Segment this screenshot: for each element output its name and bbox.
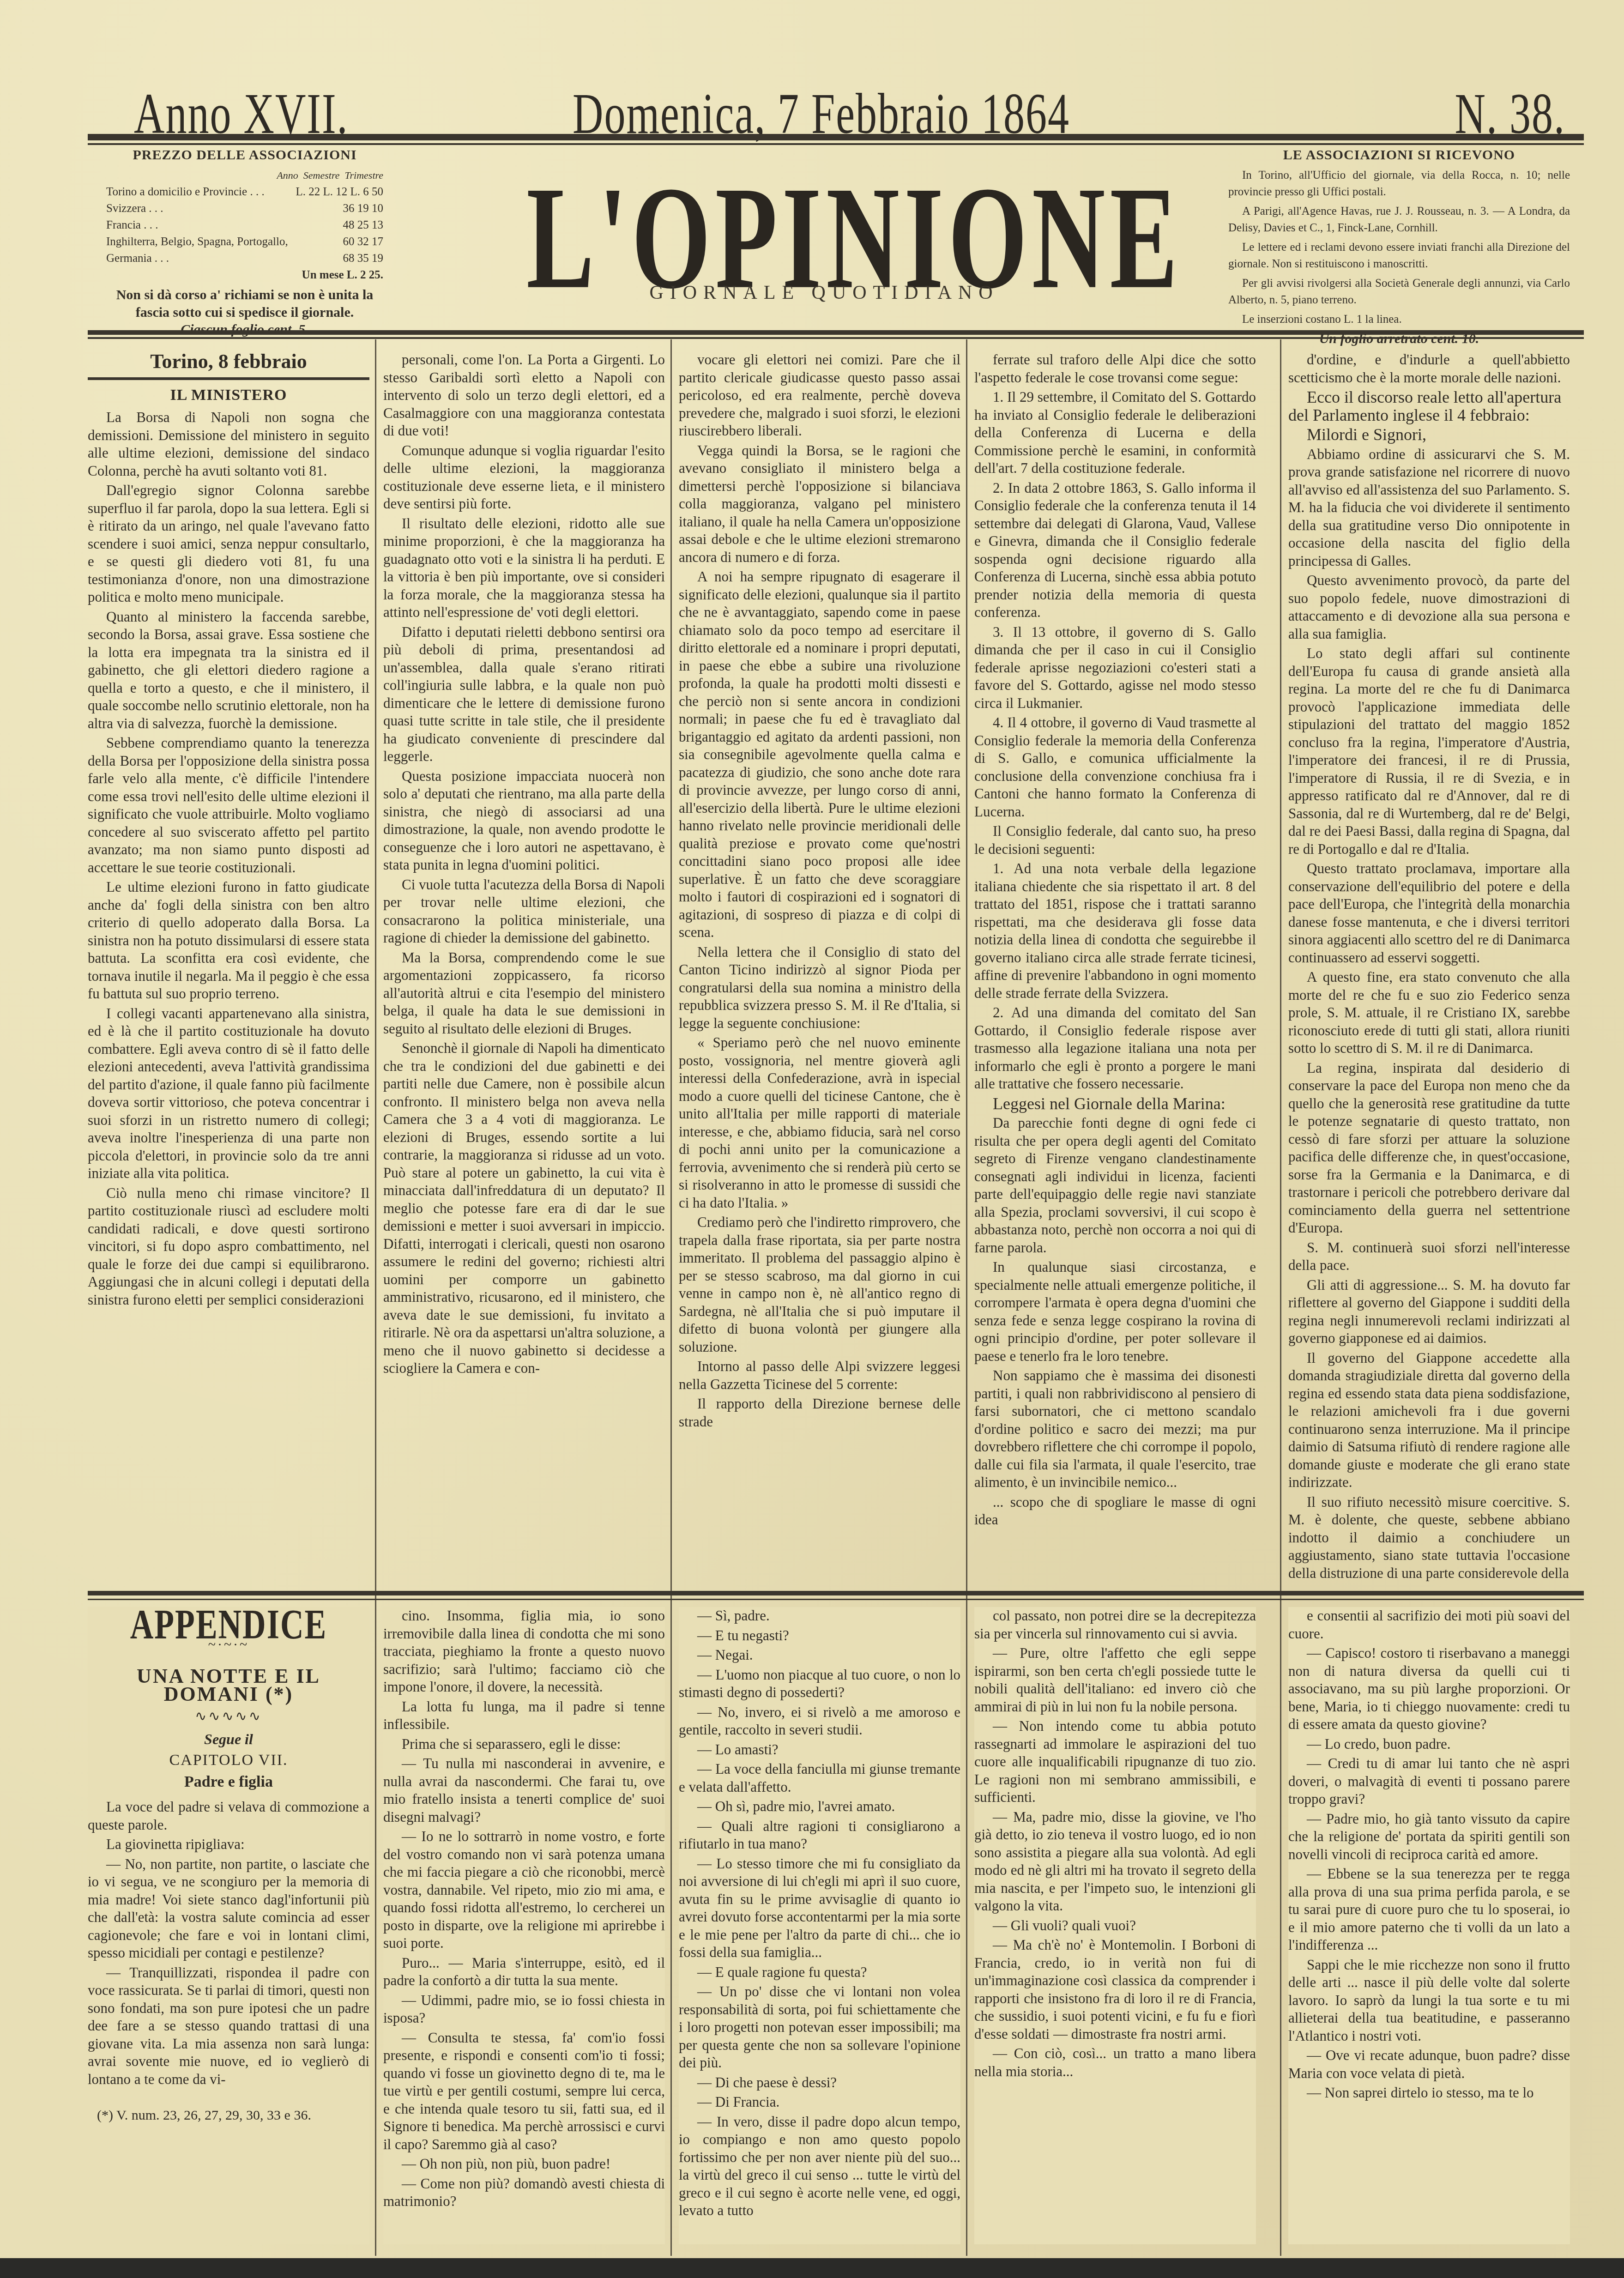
price-column-headers: Anno Semestre Trimestre bbox=[106, 167, 383, 184]
paragraph: e consentii al sacrifizio dei moti più s… bbox=[1288, 1607, 1570, 1643]
paragraph: — L'uomo non piacque al tuo cuore, o non… bbox=[679, 1666, 960, 1702]
paragraph: Le ultime elezioni furono in fatto giudi… bbox=[88, 878, 369, 1003]
paragraph: — Di che paese è dessi? bbox=[679, 2074, 960, 2092]
claims-notice: Non si dà corso a' richiami se non è uni… bbox=[106, 286, 383, 321]
paragraph: Gli atti di aggressione... S. M. ha dovu… bbox=[1288, 1276, 1570, 1347]
article-body: ferrate sul traforo delle Alpi dice che … bbox=[974, 351, 1256, 1529]
paragraph: — Io ne lo sottrarrò in nome vostro, e f… bbox=[383, 1828, 665, 1952]
appendix-body: cino. Insomma, figlia mia, io sono irrem… bbox=[383, 1607, 665, 2211]
story-title: UNA NOTTE E IL DOMANI (*) bbox=[88, 1668, 369, 1703]
paragraph: — Come non più? domandò avesti chiesta d… bbox=[383, 2175, 665, 2211]
paragraph: Questo trattato proclamava, importare al… bbox=[1288, 860, 1570, 967]
chapter-title: Padre e figlia bbox=[88, 1773, 369, 1791]
paragraph: Da parecchie fonti degne di ogni fede ci… bbox=[974, 1114, 1256, 1257]
price-row: Inghilterra, Belgio, Spagna, Portogallo,… bbox=[106, 234, 383, 250]
column-1: Torino, 8 febbraio IL MINISTERO La Borsa… bbox=[88, 351, 369, 1589]
appendix-body: e consentii al sacrifizio dei moti più s… bbox=[1288, 1607, 1570, 2102]
appendix-heading: APPENDICE bbox=[88, 1613, 369, 1637]
office-info: Le lettere ed i reclami devono essere in… bbox=[1228, 239, 1570, 272]
appendix-column-2: cino. Insomma, figlia mia, io sono irrem… bbox=[383, 1607, 665, 2244]
paragraph: Il governo del Giappone accedette alla d… bbox=[1288, 1349, 1570, 1492]
paragraph: Difatto i deputati rieletti debbono sent… bbox=[383, 623, 665, 766]
paragraph: — Oh non più, non più, buon padre! bbox=[383, 2155, 665, 2173]
paragraph: Lo stato degli affari sul continente del… bbox=[1288, 645, 1570, 858]
article-body: personali, come l'on. La Porta a Girgent… bbox=[383, 351, 665, 1378]
paragraph: — Ebbene se la sua tenerezza per te regg… bbox=[1288, 1865, 1570, 1954]
column-3: vocare gli elettori nei comizi. Pare che… bbox=[679, 351, 960, 1589]
paragraph: 2. Ad una dimanda del comitato del San G… bbox=[974, 1004, 1256, 1093]
appendix-rule-thin bbox=[88, 1599, 1584, 1600]
appendix-body: La voce del padre si velava di commozion… bbox=[88, 1798, 369, 2088]
paragraph: Puro... — Maria s'interruppe, esitò, ed … bbox=[383, 1954, 665, 1990]
appendix-body: — Sì, padre.— E tu negasti?— Negai.— L'u… bbox=[679, 1607, 960, 2220]
paragraph: — Padre mio, ho già tanto vissuto da cap… bbox=[1288, 1810, 1570, 1864]
chapter-number: CAPITOLO VII. bbox=[88, 1752, 369, 1770]
article-body: La Borsa di Napoli non sogna che demissi… bbox=[88, 409, 369, 1309]
office-info: In Torino, all'Ufficio del giornale, via… bbox=[1228, 167, 1570, 200]
column-5: d'ordine, e d'indurle a quell'abbietto s… bbox=[1288, 351, 1570, 1589]
paragraph: Sappi che le mie ricchezze non sono il f… bbox=[1288, 1956, 1570, 2045]
masthead-rule-thin bbox=[88, 143, 1584, 145]
masthead-rule bbox=[88, 134, 1584, 140]
paragraph: 4. Il 4 ottobre, il governo di Vaud tras… bbox=[974, 714, 1256, 821]
paragraph: Il suo rifiuto necessitò misure coerciti… bbox=[1288, 1493, 1570, 1583]
paragraph: — Ma ch'è no' è Montemolin. I Borboni di… bbox=[974, 1936, 1256, 2043]
paragraph: — Quali altre ragioni ti consigliarono a… bbox=[679, 1818, 960, 1853]
column-2: personali, come l'on. La Porta a Girgent… bbox=[383, 351, 665, 1589]
paragraph: Ecco il discorso reale letto all'apertur… bbox=[1288, 388, 1570, 424]
paragraph: Non sappiamo che è massima dei disonesti… bbox=[974, 1367, 1256, 1492]
appendix-column-1: APPENDICE ~·~·~ UNA NOTTE E IL DOMANI (*… bbox=[88, 1607, 369, 2244]
single-copy-price: Ciascun foglio cent. 5. bbox=[106, 321, 383, 338]
divider bbox=[88, 377, 369, 380]
appendix-column-3: — Sì, padre.— E tu negasti?— Negai.— L'u… bbox=[679, 1607, 960, 2244]
paragraph: — Di Francia. bbox=[679, 2093, 960, 2111]
masthead-line: Anno XVII. Domenica, 7 Febbraio 1864 N. … bbox=[134, 81, 1565, 136]
paragraph: Senonchè il giornale di Napoli ha diment… bbox=[383, 1039, 665, 1378]
subscription-prices-heading: PREZZO DELLE ASSOCIAZIONI bbox=[106, 147, 383, 163]
article-body: d'ordine, e d'indurle a quell'abbietto s… bbox=[1288, 351, 1570, 1582]
newspaper-page: Anno XVII. Domenica, 7 Febbraio 1864 N. … bbox=[0, 0, 1624, 2258]
paragraph: — E tu negasti? bbox=[679, 1627, 960, 1645]
paragraph: Vegga quindi la Borsa, se le ragioni che… bbox=[679, 442, 960, 567]
paragraph: Quanto al ministero la faccenda sarebbe,… bbox=[88, 608, 369, 733]
paragraph: — Tranquillizzati, rispondea il padre co… bbox=[88, 1964, 369, 2089]
footnote: (*) V. num. 23, 26, 27, 29, 30, 33 e 36. bbox=[88, 2107, 369, 2125]
price-row: Francia . . .48 25 13 bbox=[106, 217, 383, 234]
paragraph: — Non intendo come tu abbia potuto rasse… bbox=[974, 1717, 1256, 1807]
segue-label: Segue il bbox=[88, 1730, 369, 1748]
paragraph: Comunque adunque si voglia riguardar l'e… bbox=[383, 442, 665, 513]
paragraph: 3. Il 13 ottobre, il governo di S. Gallo… bbox=[974, 623, 1256, 713]
appendix-body: col passato, non potrei dire se la decre… bbox=[974, 1607, 1256, 2080]
paragraph: La Borsa di Napoli non sogna che demissi… bbox=[88, 409, 369, 480]
paragraph: A noi ha sempre ripugnato di esagerare i… bbox=[679, 568, 960, 942]
paragraph: Abbiamo ordine di assicurarvi che S. M. … bbox=[1288, 446, 1570, 570]
paragraph: La regina, inspirata dal desiderio di co… bbox=[1288, 1059, 1570, 1237]
paragraph: cino. Insomma, figlia mia, io sono irrem… bbox=[383, 1607, 665, 1696]
appendix-column-4: col passato, non potrei dire se la decre… bbox=[974, 1607, 1256, 2244]
paragraph: — No, invero, ei si rivelò a me amoroso … bbox=[679, 1704, 960, 1739]
paragraph: Crediamo però che l'indiretto rimprovero… bbox=[679, 1214, 960, 1356]
paragraph: ferrate sul traforo delle Alpi dice che … bbox=[974, 351, 1256, 387]
column-divider bbox=[670, 339, 672, 2256]
paragraph: Milordi e Signori, bbox=[1288, 426, 1570, 444]
paragraph: — E quale ragione fu questa? bbox=[679, 1964, 960, 1982]
column-4: ferrate sul traforo delle Alpi dice che … bbox=[974, 351, 1256, 1589]
office-info: A Parigi, all'Agence Havas, rue J. J. Ro… bbox=[1228, 203, 1570, 236]
paragraph: « Speriamo però che nel nuovo eminente p… bbox=[679, 1034, 960, 1212]
paragraph: — No, non partite, non partite, o lascia… bbox=[88, 1855, 369, 1962]
paragraph: Intorno al passo delle Alpi svizzere leg… bbox=[679, 1358, 960, 1393]
paragraph: In qualunque siasi circostanza, e specia… bbox=[974, 1258, 1256, 1365]
article-heading: IL MINISTERO bbox=[88, 387, 369, 405]
price-row: Torino a domicilio e Provincie . . .L. 2… bbox=[106, 184, 383, 200]
paragraph: La voce del padre si velava di commozion… bbox=[88, 1798, 369, 1834]
paragraph: Leggesi nel Giornale della Marina: bbox=[974, 1095, 1256, 1113]
paragraph: — Lo credo, buon padre. bbox=[1288, 1735, 1570, 1753]
paragraph: — La voce della fanciulla mi giunse trem… bbox=[679, 1760, 960, 1796]
price-row: Germania . . .68 35 19 bbox=[106, 250, 383, 267]
paragraph: Ciò nulla meno chi rimase vincitore? Il … bbox=[88, 1184, 369, 1309]
paragraph: Dall'egregio signor Colonna sarebbe supe… bbox=[88, 482, 369, 606]
paragraph: — Pure, oltre l'affetto che egli seppe i… bbox=[974, 1644, 1256, 1716]
paragraph: — Negai. bbox=[679, 1646, 960, 1664]
column-divider bbox=[1280, 339, 1281, 2256]
paragraph: — Con ciò, così... un tratto a mano libe… bbox=[974, 2045, 1256, 2080]
paragraph: Il Consiglio federale, dal canto suo, ha… bbox=[974, 822, 1256, 858]
subscription-offices: LE ASSOCIAZIONI SI RICEVONO In Torino, a… bbox=[1228, 147, 1570, 347]
paragraph: — Lo stesso timore che mi fu consigliato… bbox=[679, 1855, 960, 1962]
paragraph: Sebbene comprendiamo quanto la tenerezza… bbox=[88, 734, 369, 876]
paragraph: Il risultato delle elezioni, ridotto all… bbox=[383, 515, 665, 622]
paragraph: Il rapporto della Direzione bernese dell… bbox=[679, 1395, 960, 1431]
paragraph: Questa posizione impacciata nuocerà non … bbox=[383, 767, 665, 874]
paragraph: vocare gli elettori nei comizi. Pare che… bbox=[679, 351, 960, 440]
paragraph: — In vero, disse il padre dopo alcun tem… bbox=[679, 2113, 960, 2220]
monthly-price: Un mese L. 2 25. bbox=[106, 267, 383, 284]
paragraph: La lotta fu lunga, ma il padre si tenne … bbox=[383, 1698, 665, 1734]
paragraph: — Ove vi recate adunque, buon padre? dis… bbox=[1288, 2047, 1570, 2082]
paragraph: Questo avvenimento provocò, da parte del… bbox=[1288, 572, 1570, 643]
paragraph: Ma la Borsa, comprendendo come le sue ar… bbox=[383, 949, 665, 1038]
dateline: Torino, 8 febbraio bbox=[88, 353, 369, 371]
appendix-rule bbox=[88, 1591, 1584, 1595]
paragraph: ... scopo che di spogliare le masse di o… bbox=[974, 1493, 1256, 1529]
paragraph: — Ma, padre mio, disse la giovine, ve l'… bbox=[974, 1808, 1256, 1915]
paragraph: Nella lettera che il Consiglio di stato … bbox=[679, 943, 960, 1033]
subscription-offices-heading: LE ASSOCIAZIONI SI RICEVONO bbox=[1228, 147, 1570, 163]
newspaper-subtitle: GIORNALE QUOTIDIANO bbox=[526, 282, 1122, 304]
body-top-rule bbox=[88, 330, 1584, 335]
paragraph: — Oh sì, padre mio, l'avrei amato. bbox=[679, 1798, 960, 1816]
column-divider bbox=[375, 339, 376, 2256]
price-row: Svizzera . . .36 19 10 bbox=[106, 200, 383, 217]
paragraph: — Credi tu di amar lui tanto che nè aspr… bbox=[1288, 1755, 1570, 1808]
paragraph: — Capisco! costoro ti riserbavano a mane… bbox=[1288, 1644, 1570, 1734]
paragraph: 2. In data 2 ottobre 1863, S. Gallo info… bbox=[974, 479, 1256, 622]
price-table: Torino a domicilio e Provincie . . .L. 2… bbox=[106, 184, 383, 267]
paragraph: col passato, non potrei dire se la decre… bbox=[974, 1607, 1256, 1643]
article-body: vocare gli elettori nei comizi. Pare che… bbox=[679, 351, 960, 1431]
subscription-prices: PREZZO DELLE ASSOCIAZIONI Anno Semestre … bbox=[106, 147, 383, 338]
paragraph: — Sì, padre. bbox=[679, 1607, 960, 1625]
column-divider bbox=[966, 339, 967, 2256]
paragraph: S. M. continuerà suoi sforzi nell'intere… bbox=[1288, 1239, 1570, 1275]
paragraph: d'ordine, e d'indurle a quell'abbietto s… bbox=[1288, 351, 1570, 387]
paragraph: 1. Il 29 settembre, il Comitato del S. G… bbox=[974, 388, 1256, 477]
paragraph: La giovinetta ripigliava: bbox=[88, 1836, 369, 1854]
paragraph: Prima che si separassero, egli le disse: bbox=[383, 1735, 665, 1753]
scan-edge bbox=[0, 2258, 1624, 2278]
paragraph: — Lo amasti? bbox=[679, 1741, 960, 1759]
paragraph: personali, come l'on. La Porta a Girgent… bbox=[383, 351, 665, 440]
paragraph: A questo fine, era stato convenuto che a… bbox=[1288, 968, 1570, 1057]
paragraph: — Un po' disse che vi lontani non volea … bbox=[679, 1983, 960, 2072]
flourish-ornament: ∿∿∿∿∿ bbox=[88, 1708, 369, 1726]
paragraph: — Tu nulla mi nasconderai in avvenire, e… bbox=[383, 1755, 665, 1826]
appendix-column-5: e consentii al sacrifizio dei moti più s… bbox=[1288, 1607, 1570, 2244]
paragraph: — Udimmi, padre mio, se io fossi chiesta… bbox=[383, 1992, 665, 2027]
office-info: Per gli avvisi rivolgersi alla Società G… bbox=[1228, 275, 1570, 308]
office-info: Le inserzioni costano L. 1 la linea. bbox=[1228, 311, 1570, 328]
paragraph: — Gli vuoli? quali vuoi? bbox=[974, 1917, 1256, 1935]
paragraph: Ci vuole tutta l'acutezza della Borsa di… bbox=[383, 876, 665, 947]
body-top-rule-thin bbox=[88, 337, 1584, 339]
paragraph: 1. Ad una nota verbale della legazione i… bbox=[974, 860, 1256, 1002]
paragraph: I collegi vacanti appartenevano alla sin… bbox=[88, 1005, 369, 1183]
paragraph: — Non saprei dirtelo io stesso, ma te lo bbox=[1288, 2084, 1570, 2102]
paragraph: — Consulta te stessa, fa' com'io fossi p… bbox=[383, 2029, 665, 2154]
